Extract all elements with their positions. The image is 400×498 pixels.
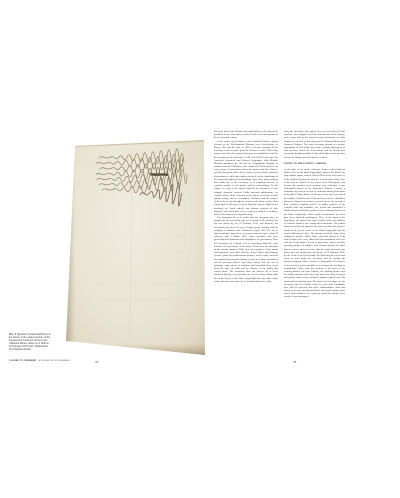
text-column-2: along the inventory and, guided by recen…: [284, 130, 345, 355]
running-footer: CLOSER TO VERMEER AT HOME WITH VERMEER: [9, 360, 89, 363]
page-number-right: 45: [293, 360, 297, 364]
figure-caption-label: FIG. 2: [9, 334, 16, 336]
figure-caption-text: Signature of Catharina Bolnes at the bot…: [9, 334, 50, 351]
handwriting-ink: [66, 139, 208, 355]
running-footer-title: CLOSER TO VERMEER: [9, 360, 36, 362]
body-paragraph: along the inventory and, guided by recen…: [284, 130, 345, 159]
running-footer-section: AT HOME WITH VERMEER: [39, 360, 70, 362]
manuscript-photo: [66, 139, 208, 355]
figure-caption: FIG. 2 Signature of Catharina Bolnes at …: [9, 334, 51, 351]
body-paragraph: At the time of his death, Johannes Verme…: [284, 168, 345, 299]
book-spread: FIG. 2 Signature of Catharina Bolnes at …: [0, 0, 400, 498]
body-paragraph: In the course of art history it was Abra…: [214, 140, 278, 217]
body-paragraph: It is important for us to realize that t…: [214, 216, 278, 283]
body-paragraph: his home and of the identity and individ…: [214, 130, 278, 140]
text-column-1: his home and of the identity and individ…: [214, 130, 278, 355]
page-number-left: 44: [95, 360, 99, 364]
section-heading: LIVING IN THE PAPISTS' CORNER: [284, 162, 345, 165]
